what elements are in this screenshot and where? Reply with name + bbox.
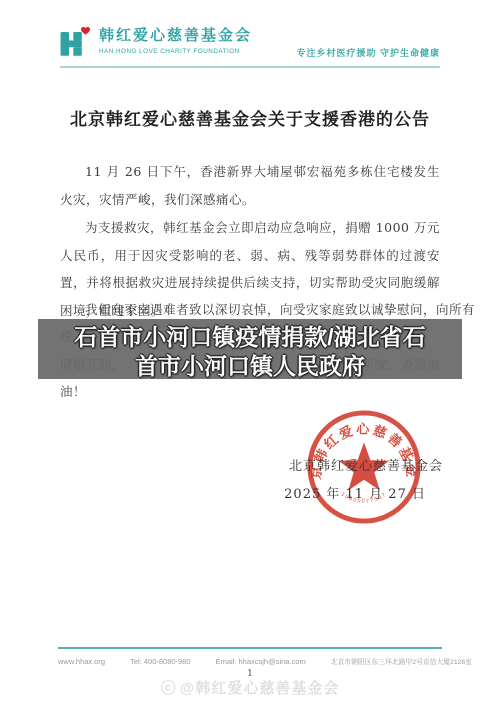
paragraph-1: 11 月 26 日下午，香港新界大埔屋邨宏福苑多栋住宅楼发生火灾，灾情严峻，我们… xyxy=(60,158,440,213)
watermark: ⓒ@韩红爱心慈善基金会 xyxy=(0,677,500,698)
header-divider xyxy=(60,66,440,68)
announcement-page: 韩红爱心慈善基金会 HAN HONG LOVE CHARITY FOUNDATI… xyxy=(0,0,500,706)
signature-name: 北京韩红爱心慈善基金会 xyxy=(289,455,443,474)
brand-name-cn: 韩红爱心慈善基金会 xyxy=(99,26,252,46)
footer-tel: Tel: 400-8080-980 xyxy=(130,657,190,666)
footer-divider xyxy=(58,647,442,649)
brand-tagline: 专注乡村医疗援助 守护生命健康 xyxy=(296,46,440,59)
header: 韩红爱心慈善基金会 HAN HONG LOVE CHARITY FOUNDATI… xyxy=(58,26,252,60)
paragraph-3-line-4: 油！ xyxy=(60,378,440,405)
watermark-text: @韩红爱心慈善基金会 xyxy=(180,680,340,697)
brand-text: 韩红爱心慈善基金会 HAN HONG LOVE CHARITY FOUNDATI… xyxy=(99,26,252,55)
signature-date: 2025 年 11 月 27 日 xyxy=(284,483,426,502)
caption-overlay-text: 石首市小河口镇疫情捐款/湖北省石首市小河口镇人民政府 xyxy=(38,321,462,381)
footer-website: www.hhax.org xyxy=(58,657,105,666)
brand-name-en: HAN HONG LOVE CHARITY FOUNDATION xyxy=(99,48,252,55)
watermark-logo-icon: ⓒ xyxy=(161,677,177,698)
footer-address: 北京市朝阳区东三环北路甲2号京信大厦2126室 xyxy=(331,656,472,666)
footer-contacts: www.hhax.org Tel: 400-8080-980 Email: hh… xyxy=(58,656,472,666)
foundation-logo-icon xyxy=(58,26,92,60)
document-title: 北京韩红爱心慈善基金会关于支援香港的公告 xyxy=(0,105,500,130)
footer-email: Email: hhaxcsjh@sina.com xyxy=(216,657,306,666)
